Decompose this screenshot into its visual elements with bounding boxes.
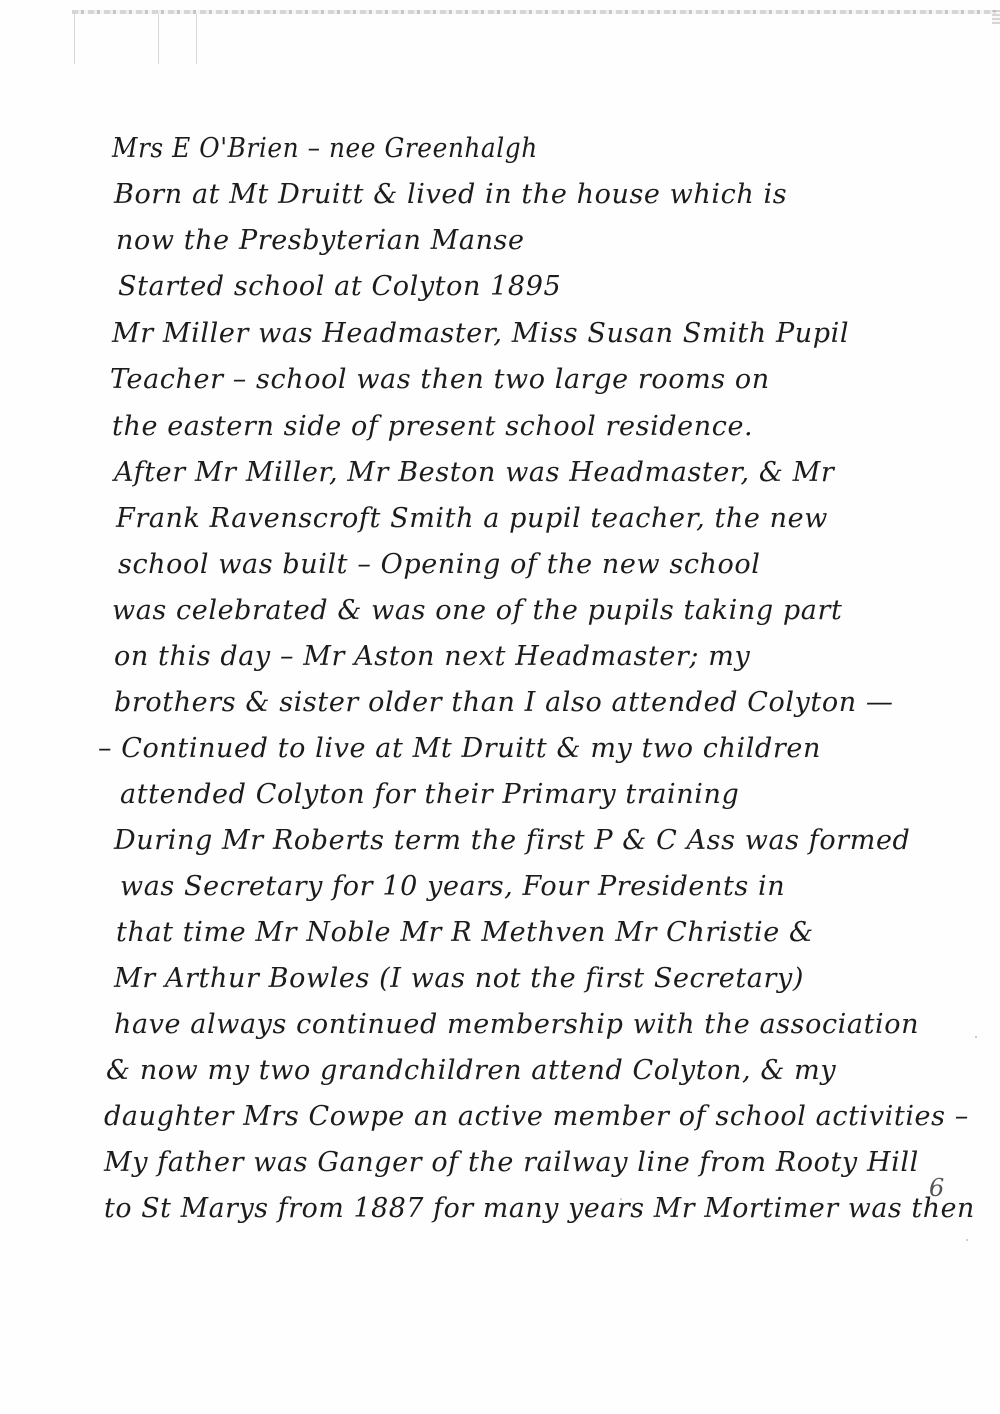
scanned-document-page: Mrs E O'Brien – nee Greenhalgh Born at M… bbox=[0, 0, 1000, 1414]
handwritten-line: Frank Ravenscroft Smith a pupil teacher,… bbox=[116, 502, 828, 536]
paper-corner-mark bbox=[992, 10, 1000, 24]
scan-speck bbox=[620, 1198, 622, 1200]
scan-speck bbox=[966, 1239, 968, 1241]
handwritten-line: was Secretary for 10 years, Four Preside… bbox=[120, 870, 785, 904]
handwritten-line: Teacher – school was then two large room… bbox=[110, 363, 770, 397]
handwritten-line: Started school at Colyton 1895 bbox=[118, 270, 561, 304]
handwritten-line: now the Presbyterian Manse bbox=[116, 224, 525, 258]
scan-speck bbox=[378, 186, 380, 188]
handwritten-line: & now my two grandchildren attend Colyto… bbox=[106, 1054, 836, 1088]
margin-rule bbox=[158, 14, 159, 64]
handwritten-line: brothers & sister older than I also atte… bbox=[114, 686, 894, 720]
handwritten-line: My father was Ganger of the railway line… bbox=[104, 1146, 919, 1180]
handwritten-line: attended Colyton for their Primary train… bbox=[120, 778, 739, 812]
handwritten-line-title: Mrs E O'Brien – nee Greenhalgh bbox=[112, 132, 538, 166]
handwritten-line: After Mr Miller, Mr Beston was Headmaste… bbox=[114, 456, 834, 490]
page-number: 6 bbox=[929, 1174, 944, 1202]
handwritten-line: Mr Arthur Bowles (I was not the first Se… bbox=[114, 962, 804, 996]
handwritten-line: Born at Mt Druitt & lived in the house w… bbox=[114, 178, 787, 212]
handwritten-line: was celebrated & was one of the pupils t… bbox=[112, 594, 842, 628]
margin-rule bbox=[196, 14, 197, 64]
handwritten-line: the eastern side of present school resid… bbox=[112, 410, 753, 444]
handwritten-line: school was built – Opening of the new sc… bbox=[118, 548, 760, 582]
handwritten-line: to St Marys from 1887 for many years Mr … bbox=[104, 1192, 975, 1226]
handwritten-line: During Mr Roberts term the first P & C A… bbox=[114, 824, 910, 858]
handwritten-line: have always continued membership with th… bbox=[114, 1008, 919, 1042]
handwritten-line: daughter Mrs Cowpe an active member of s… bbox=[104, 1100, 969, 1134]
paper-top-edge bbox=[72, 10, 997, 14]
handwritten-line: on this day – Mr Aston next Headmaster; … bbox=[114, 640, 750, 674]
handwritten-line: that time Mr Noble Mr R Methven Mr Chris… bbox=[116, 916, 814, 950]
scan-speck bbox=[975, 1036, 977, 1038]
handwritten-line: – Continued to live at Mt Druitt & my tw… bbox=[98, 732, 821, 766]
handwritten-line: Mr Miller was Headmaster, Miss Susan Smi… bbox=[112, 317, 849, 351]
margin-rule bbox=[74, 14, 75, 64]
